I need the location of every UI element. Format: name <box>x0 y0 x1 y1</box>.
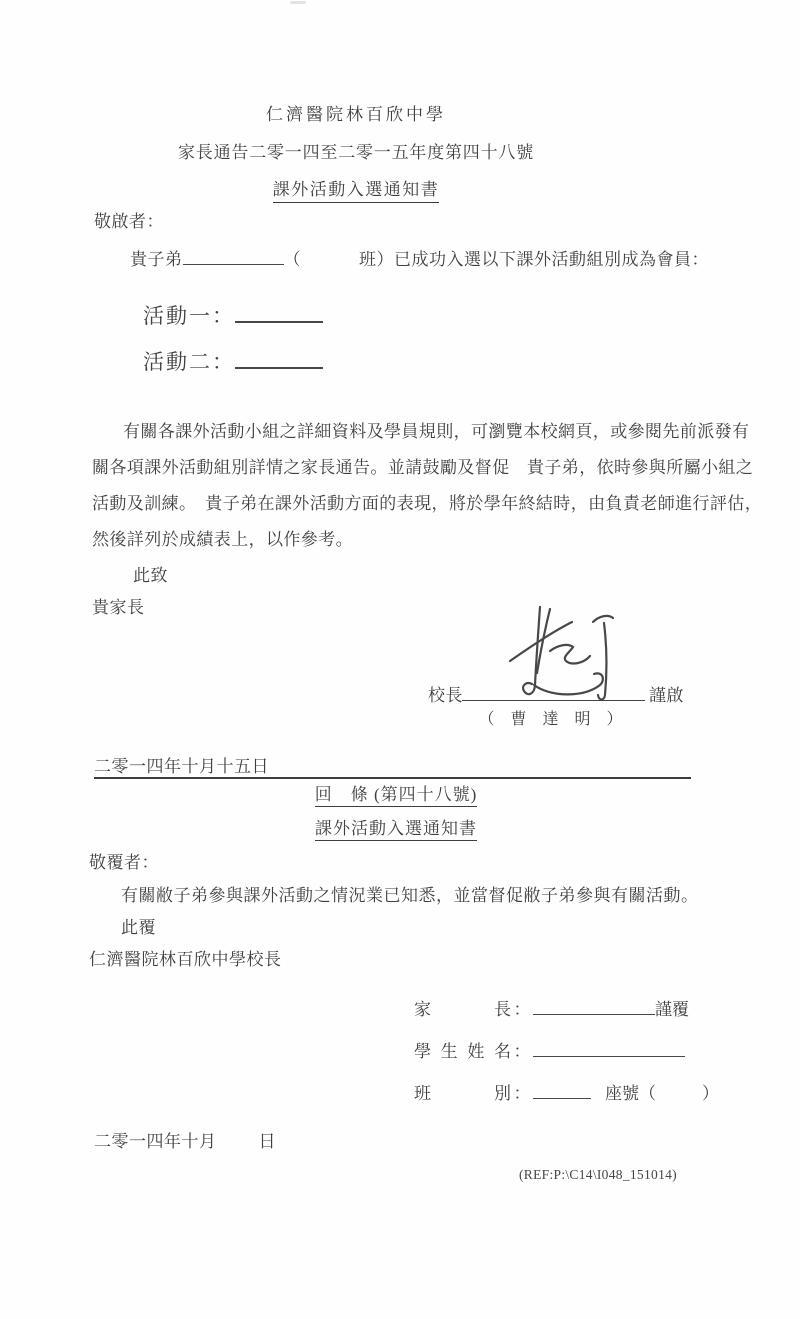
parent-suffix: 謹覆 <box>655 1000 689 1019</box>
reply-date: 二零一四年十月日 <box>94 1127 276 1152</box>
class-field-blank <box>533 1080 591 1099</box>
closing-phrase: 此致 <box>133 561 168 586</box>
principal-name: （ 曹 達 明 ） <box>462 706 645 729</box>
reply-salutation: 敬覆者： <box>89 848 159 873</box>
parent-signature-row: 家長：謹覆 <box>414 995 689 1020</box>
letter-header: 仁濟醫院林百欣中學 家長通告二零一四至二零一五年度第四十八號 課外活動入選通知書 <box>0 100 712 203</box>
activity-two-label: 活動二： <box>143 350 235 374</box>
scanned-letter-page: 仁濟醫院林百欣中學 家長通告二零一四至二零一五年度第四十八號 課外活動入選通知書… <box>0 0 800 1319</box>
reply-slip-title: 回 條 (第四十八號) <box>315 780 478 807</box>
salutation: 敬啟者： <box>94 207 164 232</box>
seat-label: 座號 <box>605 1084 639 1103</box>
body-line-1: 有關各課外活動小組之詳細資料及學員規則，可瀏覽本校網頁，或參閱先前派發有 <box>92 414 717 450</box>
reply-addressee: 仁濟醫院林百欣中學校長 <box>89 945 282 970</box>
principal-label: 校長 <box>428 681 463 706</box>
class-label: 班別 <box>414 1079 511 1104</box>
parent-label: 家長 <box>414 995 511 1020</box>
open-paren: （ <box>284 250 302 269</box>
class-colon: ： <box>511 1079 533 1104</box>
student-name-label: 學生姓名 <box>414 1037 511 1062</box>
student-name-blank <box>183 246 284 265</box>
principal-signature-scribble <box>492 604 627 706</box>
respectfully-label: 謹啟 <box>649 681 684 706</box>
body-line-2: 關各項課外活動組別詳情之家長通告。並請鼓勵及督促 貴子弟，依時參與所屬小組之 <box>92 450 717 486</box>
reply-date-suffix: 日 <box>259 1132 277 1151</box>
intro-prefix: 貴子弟 <box>130 250 183 269</box>
reply-body: 有關敝子弟參與課外活動之情況業已知悉，並當督促敝子弟參與有關活動。 <box>121 881 699 906</box>
ref-code: (REF:P:\C14\I048_151014) <box>519 1167 677 1183</box>
letter-title: 課外活動入選通知書 <box>273 175 440 203</box>
seat-close-paren: ） <box>702 1084 719 1103</box>
recipient: 貴家長 <box>92 593 145 618</box>
class-seat-row: 班別：座號（） <box>414 1079 719 1104</box>
notice-number: 家長通告二零一四至二零一五年度第四十八號 <box>0 138 712 163</box>
body-paragraph: 有關各課外活動小組之詳細資料及學員規則，可瀏覽本校網頁，或參閱先前派發有 關各項… <box>92 414 717 558</box>
parent-colon: ： <box>511 995 533 1020</box>
intro-rest: 班）已成功入選以下課外活動組別成為會員： <box>359 250 709 269</box>
activity-one-label: 活動一： <box>143 304 235 328</box>
student-name-row: 學生姓名： <box>414 1037 685 1062</box>
body-line-3: 活動及訓練。 貴子弟在課外活動方面的表現，將於學年終結時，由負責老師進行評估， <box>92 486 717 522</box>
scan-artifact <box>290 1 306 4</box>
activity-one-blank <box>235 299 323 323</box>
student-colon: ： <box>511 1037 533 1062</box>
reply-date-prefix: 二零一四年十月 <box>94 1132 217 1151</box>
activity-two-blank <box>235 345 323 369</box>
reply-slip-header: 回 條 (第四十八號) 課外活動入選通知書 <box>90 780 702 841</box>
letter-date: 二零一四年十月十五日 <box>94 752 269 777</box>
activity-one-row: 活動一： <box>143 299 323 330</box>
seat-open-paren: （ <box>639 1084 656 1103</box>
activity-two-row: 活動二： <box>143 345 323 376</box>
intro-line: 貴子弟（班）已成功入選以下課外活動組別成為會員： <box>130 245 709 270</box>
school-name: 仁濟醫院林百欣中學 <box>0 100 712 125</box>
student-name-field-blank <box>533 1038 685 1057</box>
section-divider <box>94 777 691 779</box>
reply-slip-subtitle: 課外活動入選通知書 <box>315 814 477 841</box>
reply-closing: 此覆 <box>121 913 156 938</box>
body-line-4: 然後詳列於成績表上，以作參考。 <box>92 522 717 558</box>
parent-signature-blank <box>533 996 655 1015</box>
